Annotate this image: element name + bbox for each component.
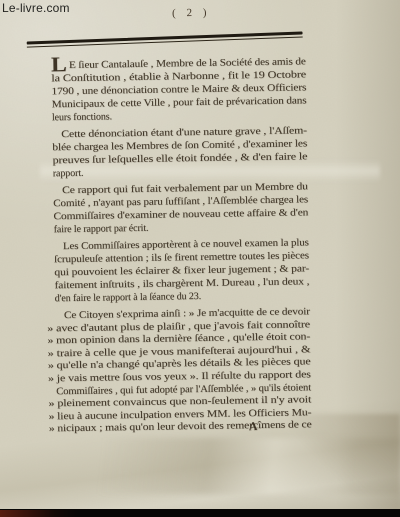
header-rule <box>27 31 303 47</box>
paragraph: Cette dénonciation étant d'une nature gr… <box>52 124 308 180</box>
text-line: leurs fonctions. <box>52 107 307 124</box>
photo-bottom-edge <box>0 509 400 517</box>
paragraph: Les Commiſſaires apportèrent à ce nouvel… <box>54 236 310 305</box>
photo-frame: ( 2 ) LE ſieur Cantalauſe , Membre de la… <box>0 0 400 517</box>
paragraph: Ce Citoyen s'exprima ainſi : » Je m'acqu… <box>55 306 312 436</box>
text-line: d'en faire le rapport à la ſéance du 23. <box>55 288 310 305</box>
watermark-label: Le-livre.com <box>2 1 70 15</box>
printed-page-content: ( 2 ) LE ſieur Cantalauſe , Membre de la… <box>0 0 400 512</box>
paragraph: LE ſieur Cantalauſe , Membre de la Socié… <box>51 55 307 124</box>
red-edge-mark <box>0 510 78 517</box>
text-block: LE ſieur Cantalauſe , Membre de la Socié… <box>51 55 312 436</box>
dropcap-letter: L <box>51 59 67 69</box>
text-line: rapport. <box>53 163 308 180</box>
page-number: ( 2 ) <box>154 7 228 20</box>
text-line: faire le rapport par écrit. <box>54 219 309 236</box>
signature-mark: A <box>249 419 258 434</box>
paragraph: Ce rapport qui fut fait verbalement par … <box>53 180 309 236</box>
